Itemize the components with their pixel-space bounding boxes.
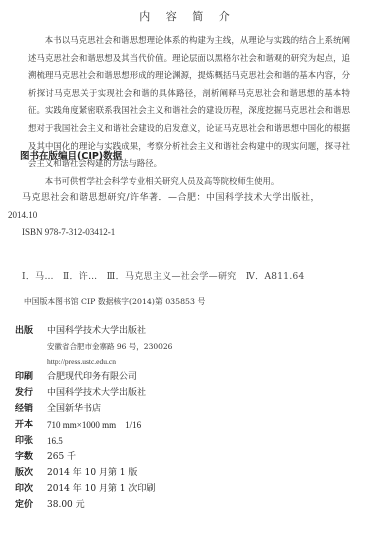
imprint-block: 出版 中国科学技术大学出版社 安徽省合肥市金寨路 96 号，230026 htt… — [15, 323, 315, 513]
summary-title: 内 容 简 介 — [0, 8, 375, 24]
imprint-label: 印次 — [15, 481, 47, 497]
imprint-value: 全国新华书店 — [47, 401, 315, 417]
imprint-label: 经销 — [15, 401, 47, 417]
imprint-label: 印刷 — [15, 369, 47, 385]
imprint-row-seller: 经销 全国新华书店 — [15, 401, 315, 417]
imprint-value: 中国科学技术大学出版社 — [47, 385, 315, 401]
imprint-row-format: 开本 710 mm×1000 mm 1/16 — [15, 417, 315, 433]
imprint-value: 2014 年 10 月第 1 次印刷 — [47, 481, 315, 497]
imprint-row-publisher: 出版 中国科学技术大学出版社 — [15, 323, 315, 339]
cip-classification: Ⅰ．马… Ⅱ．许… Ⅲ．马克思主义—社会学—研究 Ⅳ．A811.64 — [22, 269, 305, 282]
imprint-value: 中国科学技术大学出版社 — [47, 323, 315, 339]
publisher-address: 安徽省合肥市金寨路 96 号，230026 — [15, 339, 315, 354]
imprint-value: 2014 年 10 月第 1 版 — [47, 465, 315, 481]
imprint-row-price: 定价 38.00 元 — [15, 497, 315, 513]
cip-entry-line: 马克思社会和谐思想研究/许华著．—合肥：中国科学技术大学出版社， — [20, 190, 365, 207]
imprint-value: 710 mm×1000 mm 1/16 — [47, 417, 315, 433]
imprint-row-distributor: 发行 中国科学技术大学出版社 — [15, 385, 315, 401]
imprint-label: 开本 — [15, 417, 47, 433]
imprint-value: 265 千 — [47, 449, 315, 465]
imprint-label: 版次 — [15, 465, 47, 481]
imprint-label: 印张 — [15, 433, 47, 449]
publisher-url: http://press.ustc.edu.cn — [15, 354, 315, 369]
imprint-label: 发行 — [15, 385, 47, 401]
imprint-label: 字数 — [15, 449, 47, 465]
imprint-row-printing: 印次 2014 年 10 月第 1 次印刷 — [15, 481, 315, 497]
summary-paragraph: 本书可供哲学社会科学专业相关研究人员及高等院校师生使用。 — [28, 173, 350, 191]
cip-date: 2014.10 — [8, 207, 365, 224]
imprint-row-sheets: 印张 16.5 — [15, 433, 315, 449]
imprint-row-edition: 版次 2014 年 10 月第 1 版 — [15, 465, 315, 481]
cip-record-number: 中国版本图书馆 CIP 数据核字(2014)第 035853 号 — [24, 296, 205, 307]
imprint-label: 出版 — [15, 323, 47, 339]
copyright-page: 内 容 简 介 本书以马克思社会和谐思想理论体系的构建为主线，从理论与实践的结合… — [0, 0, 375, 540]
summary-text: 本书以马克思社会和谐思想理论体系的构建为主线，从理论与实践的结合上系统阐述马克思… — [28, 32, 350, 190]
imprint-row-printer: 印刷 合肥现代印务有限公司 — [15, 369, 315, 385]
imprint-value: 16.5 — [47, 433, 315, 449]
cip-isbn: ISBN 978-7-312-03412-1 — [20, 224, 365, 241]
imprint-value: 合肥现代印务有限公司 — [47, 369, 315, 385]
cip-entry: 马克思社会和谐思想研究/许华著．—合肥：中国科学技术大学出版社， 2014.10… — [20, 190, 365, 241]
imprint-row-words: 字数 265 千 — [15, 449, 315, 465]
imprint-label: 定价 — [15, 497, 47, 513]
cip-heading: 图书在版编目(CIP)数据 — [20, 148, 122, 162]
imprint-value: 38.00 元 — [47, 497, 315, 513]
